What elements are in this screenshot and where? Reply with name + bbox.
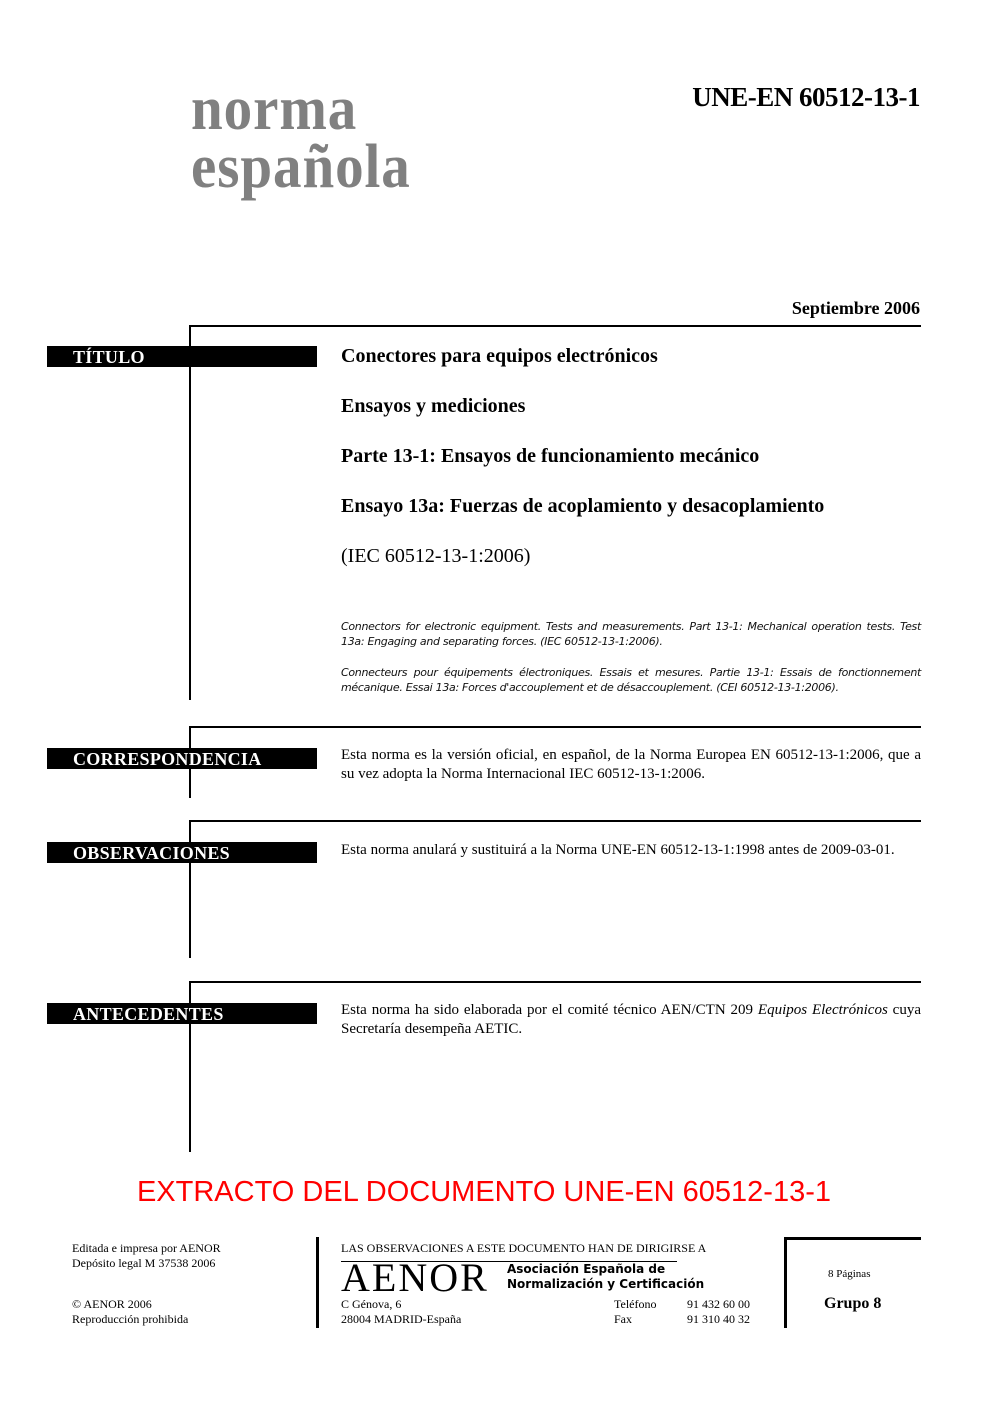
org-name-line-1: Asociación Española de bbox=[507, 1262, 704, 1277]
aenor-address: C Génova, 6 28004 MADRID-España bbox=[341, 1297, 461, 1327]
brand-title: norma española bbox=[191, 80, 411, 196]
rule-titulo bbox=[189, 325, 191, 700]
section-label-correspondencia: CORRESPONDENCIA bbox=[47, 748, 317, 769]
observations-notice: LAS OBSERVACIONES A ESTE DOCUMENTO HAN D… bbox=[341, 1241, 706, 1256]
footer-box-top bbox=[784, 1237, 921, 1240]
section-label-observaciones: OBSERVACIONES bbox=[47, 842, 317, 863]
edited-by: Editada e impresa por AENOR bbox=[72, 1241, 221, 1256]
publication-date: Septiembre 2006 bbox=[792, 298, 920, 319]
observaciones-text: Esta norma anulará y sustituirá a la Nor… bbox=[341, 841, 921, 860]
address-street: C Génova, 6 bbox=[341, 1297, 461, 1312]
fax-label: Fax bbox=[614, 1312, 656, 1327]
divider-observaciones bbox=[189, 820, 921, 822]
extract-watermark: EXTRACTO DEL DOCUMENTO UNE-EN 60512-13-1 bbox=[0, 1176, 968, 1209]
phone-label: Teléfono bbox=[614, 1297, 656, 1312]
price-group: Grupo 8 bbox=[824, 1295, 881, 1313]
rule-observaciones bbox=[189, 820, 191, 958]
fax-number: 91 310 40 32 bbox=[687, 1312, 750, 1327]
page-count: 8 Páginas bbox=[828, 1267, 870, 1282]
footer-publisher: Editada e impresa por AENOR Depósito leg… bbox=[72, 1241, 221, 1271]
org-name-line-2: Normalización y Certificación bbox=[507, 1277, 704, 1292]
brand-line-2: española bbox=[191, 138, 411, 196]
title-english: Connectors for electronic equipment. Tes… bbox=[341, 619, 921, 649]
footer-box-left bbox=[784, 1237, 787, 1328]
divider-titulo bbox=[189, 325, 921, 327]
divider-antecedentes bbox=[189, 981, 921, 983]
antecedentes-text-start: Esta norma ha sido elaborada por el comi… bbox=[341, 1002, 758, 1018]
footer-copyright: © AENOR 2006 Reproducción prohibida bbox=[72, 1297, 188, 1327]
aenor-logo: AENOR bbox=[341, 1260, 489, 1296]
contact-numbers: 91 432 60 00 91 310 40 32 bbox=[687, 1297, 750, 1327]
title-line-1: Conectores para equipos electrónicos bbox=[341, 344, 658, 368]
committee-name: Equipos Electrónicos bbox=[758, 1002, 888, 1018]
title-line-3: Parte 13-1: Ensayos de funcionamiento me… bbox=[341, 444, 759, 468]
title-french: Connecteurs pour équipements électroniqu… bbox=[341, 665, 921, 695]
title-reference: (IEC 60512-13-1:2006) bbox=[341, 544, 530, 568]
contact-labels: Teléfono Fax bbox=[614, 1297, 656, 1327]
address-city: 28004 MADRID-España bbox=[341, 1312, 461, 1327]
reproduction-notice: Reproducción prohibida bbox=[72, 1312, 188, 1327]
divider-correspondencia bbox=[189, 726, 921, 728]
title-line-2: Ensayos y mediciones bbox=[341, 394, 525, 418]
copyright: © AENOR 2006 bbox=[72, 1297, 188, 1312]
section-label-titulo: TÍTULO bbox=[47, 346, 317, 367]
standard-code: UNE-EN 60512-13-1 bbox=[692, 82, 920, 113]
section-label-antecedentes: ANTECEDENTES bbox=[47, 1003, 317, 1024]
antecedentes-text: Esta norma ha sido elaborada por el comi… bbox=[341, 1001, 921, 1039]
correspondencia-text: Esta norma es la versión oficial, en esp… bbox=[341, 746, 921, 784]
legal-deposit: Depósito legal M 37538 2006 bbox=[72, 1256, 221, 1271]
title-line-4: Ensayo 13a: Fuerzas de acoplamiento y de… bbox=[341, 494, 824, 518]
phone-number: 91 432 60 00 bbox=[687, 1297, 750, 1312]
brand-line-1: norma bbox=[191, 80, 411, 138]
aenor-org-name: Asociación Española de Normalización y C… bbox=[507, 1262, 704, 1292]
footer-divider-left bbox=[316, 1237, 319, 1328]
